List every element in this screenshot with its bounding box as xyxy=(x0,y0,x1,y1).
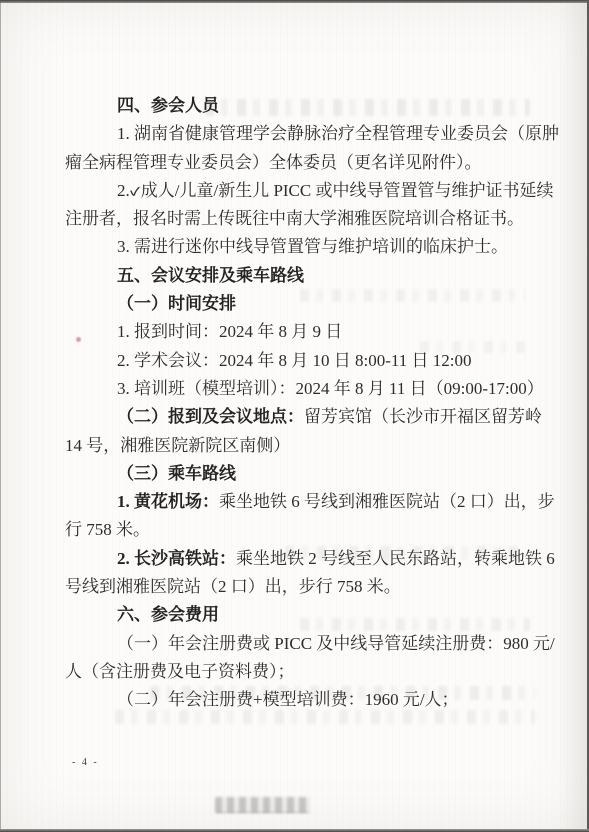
body-text: 留芳宾馆（长沙市开福区留芳岭 xyxy=(304,407,542,426)
inline-label: 1. 黄花机场： xyxy=(117,492,219,511)
scan-edge-top xyxy=(0,0,589,3)
heading-text: 五、会议安排及乘车路线 xyxy=(117,266,304,285)
subheading-transport-routes: （三）乘车路线 xyxy=(65,460,535,488)
body-text: （一）年会注册费或 PICC 及中线导管延续注册费：980 元/ xyxy=(117,634,555,653)
body-line: 3. 培训班（模型培训）：2024 年 8 月 11 日（09:00-17:00… xyxy=(65,375,535,403)
body-text: 成人/儿童/新生儿 PICC 或中线导管置管与维护证书延续 xyxy=(141,181,554,200)
body-line: 注册者，报名时需上传既往中南大学湘雅医院培训合格证书。 xyxy=(65,205,535,233)
body-text: 3. 需进行迷你中线导管置管与维护培训的临床护士。 xyxy=(117,237,508,256)
heading-section-5-arrangements: 五、会议安排及乘车路线 xyxy=(65,262,535,290)
heading-text: （三）乘车路线 xyxy=(117,464,236,483)
heading-section-6-fees: 六、参会费用 xyxy=(65,601,535,629)
heading-text: 六、参会费用 xyxy=(117,605,219,624)
page-number: - 4 - xyxy=(72,757,99,768)
body-line: 14 号，湘雅医院新院区南侧） xyxy=(65,432,535,460)
body-line: 行 758 米。 xyxy=(65,516,535,544)
body-text: 行 758 米。 xyxy=(65,520,150,539)
body-line: 瘤全病程管理专业委员会）全体委员（更名详见附件）。 xyxy=(65,149,535,177)
body-text: 注册者，报名时需上传既往中南大学湘雅医院培训合格证书。 xyxy=(65,209,524,228)
body-text: 瘤全病程管理专业委员会）全体委员（更名详见附件）。 xyxy=(65,153,482,172)
pen-mark-icon xyxy=(130,186,140,198)
body-line: （二）年会注册费+模型培训费：1960 元/人； xyxy=(65,686,535,714)
heading-section-4-participants: 四、参会人员 xyxy=(65,92,535,120)
scanned-document-page: 四、参会人员 1. 湖南省健康管理学会静脉治疗全程管理专业委员会（原肿 瘤全病程… xyxy=(0,0,589,832)
body-line: 1. 湖南省健康管理学会静脉治疗全程管理专业委员会（原肿 xyxy=(65,120,535,148)
body-text: （二）年会注册费+模型培训费：1960 元/人； xyxy=(117,690,459,709)
body-text: 2. xyxy=(117,181,130,200)
body-text: 14 号，湘雅医院新院区南侧） xyxy=(65,436,290,455)
body-line: 2.成人/儿童/新生儿 PICC 或中线导管置管与维护证书延续 xyxy=(65,177,535,205)
document-body: 四、参会人员 1. 湖南省健康管理学会静脉治疗全程管理专业委员会（原肿 瘤全病程… xyxy=(65,92,535,715)
scan-shading xyxy=(559,0,587,832)
inline-label: 2. 长沙高铁站： xyxy=(117,549,236,568)
body-text: 乘坐地铁 6 号线到湘雅医院站（2 口）出，步 xyxy=(219,492,555,511)
scan-edge-left xyxy=(0,0,1,832)
heading-text: 四、参会人员 xyxy=(117,96,219,115)
body-text: 1. 湖南省健康管理学会静脉治疗全程管理专业委员会（原肿 xyxy=(117,124,559,143)
heading-text: （二）报到及会议地点： xyxy=(117,407,304,426)
body-text: 号线到湘雅医院站（2 口）出，步行 758 米。 xyxy=(65,577,401,596)
scan-smudge xyxy=(215,797,310,813)
subheading-time-schedule: （一）时间安排 xyxy=(65,290,535,318)
body-line: 2. 学术会议：2024 年 8 月 10 日 8:00-11 日 12:00 xyxy=(65,347,535,375)
body-text: 3. 培训班（模型培训）：2024 年 8 月 11 日（09:00-17:00… xyxy=(117,379,544,398)
body-text: 1. 报到时间：2024 年 8 月 9 日 xyxy=(117,322,342,341)
body-line: 人（含注册费及电子资料费）； xyxy=(65,658,535,686)
heading-text: （一）时间安排 xyxy=(117,294,236,313)
subheading-venue: （二）报到及会议地点：留芳宾馆（长沙市开福区留芳岭 xyxy=(65,403,535,431)
body-text: 乘坐地铁 2 号线至人民东路站，转乘地铁 6 xyxy=(236,549,555,568)
body-line: 1. 黄花机场：乘坐地铁 6 号线到湘雅医院站（2 口）出，步 xyxy=(65,488,535,516)
body-line: 2. 长沙高铁站：乘坐地铁 2 号线至人民东路站，转乘地铁 6 xyxy=(65,545,535,573)
body-line: 号线到湘雅医院站（2 口）出，步行 758 米。 xyxy=(65,573,535,601)
body-line: 3. 需进行迷你中线导管置管与维护培训的临床护士。 xyxy=(65,233,535,261)
body-line: （一）年会注册费或 PICC 及中线导管延续注册费：980 元/ xyxy=(65,630,535,658)
body-text: 人（含注册费及电子资料费）； xyxy=(65,662,295,681)
body-text: 2. 学术会议：2024 年 8 月 10 日 8:00-11 日 12:00 xyxy=(117,351,471,370)
body-line: 1. 报到时间：2024 年 8 月 9 日 xyxy=(65,318,535,346)
